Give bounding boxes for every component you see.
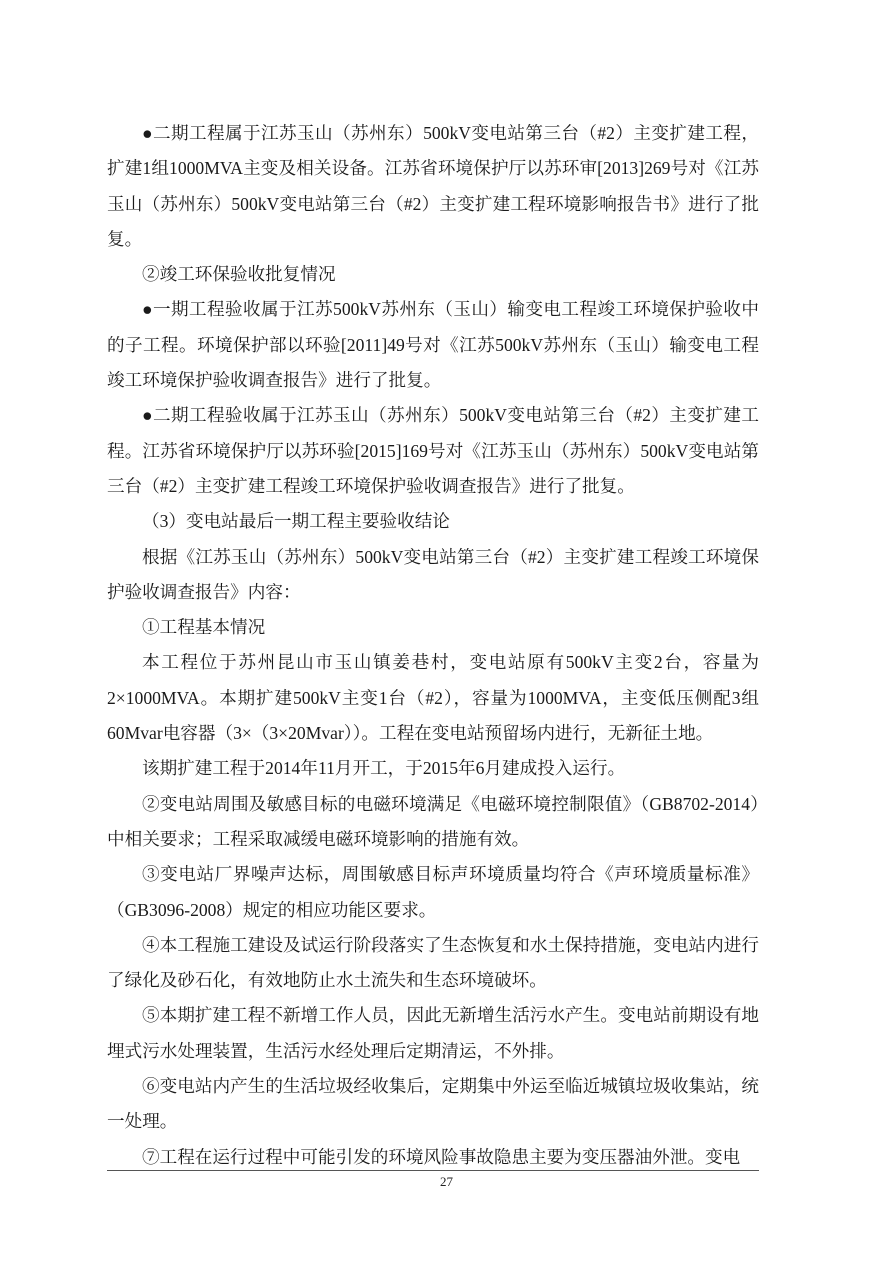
- paragraph-solid-waste: ⑥变电站内产生的生活垃圾经收集后，定期集中外运至临近城镇垃圾收集站，统一处理。: [107, 1069, 759, 1140]
- paragraph-electromagnetic: ②变电站周围及敏感目标的电磁环境满足《电磁环境控制限值》（GB8702-2014…: [107, 787, 759, 858]
- page-number: 27: [0, 1174, 893, 1190]
- paragraph-phase2-acceptance: ●二期工程验收属于江苏玉山（苏州东）500kV变电站第三台（#2）主变扩建工程。…: [107, 398, 759, 504]
- paragraph-schedule: 该期扩建工程于2014年11月开工，于2015年6月建成投入运行。: [107, 751, 759, 786]
- footer-divider: [107, 1170, 759, 1171]
- paragraph-phase2-eia-approval: ●二期工程属于江苏玉山（苏州东）500kV变电站第三台（#2）主变扩建工程，扩建…: [107, 116, 759, 257]
- subheading-basic-info: ①工程基本情况: [107, 610, 759, 645]
- section-heading-3: （3）变电站最后一期工程主要验收结论: [107, 504, 759, 539]
- body-text: ●二期工程属于江苏玉山（苏州东）500kV变电站第三台（#2）主变扩建工程，扩建…: [107, 116, 759, 1175]
- paragraph-ecology: ④本工程施工建设及试运行阶段落实了生态恢复和水土保持措施，变电站内进行了绿化及砂…: [107, 928, 759, 999]
- paragraph-noise: ③变电站厂界噪声达标，周围敏感目标声环境质量均符合《声环境质量标准》（GB309…: [107, 857, 759, 928]
- paragraph-wastewater: ⑤本期扩建工程不新增工作人员，因此无新增生活污水产生。变电站前期设有地埋式污水处…: [107, 998, 759, 1069]
- paragraph-phase1-acceptance: ●一期工程验收属于江苏500kV苏州东（玉山）输变电工程竣工环境保护验收中的子工…: [107, 292, 759, 398]
- paragraph-project-location: 本工程位于苏州昆山市玉山镇姜巷村，变电站原有500kV主变2台，容量为2×100…: [107, 645, 759, 751]
- paragraph-report-reference: 根据《江苏玉山（苏州东）500kV变电站第三台（#2）主变扩建工程竣工环境保护验…: [107, 540, 759, 611]
- subheading-completion-acceptance: ②竣工环保验收批复情况: [107, 257, 759, 292]
- document-page: ●二期工程属于江苏玉山（苏州东）500kV变电站第三台（#2）主变扩建工程，扩建…: [0, 0, 893, 1263]
